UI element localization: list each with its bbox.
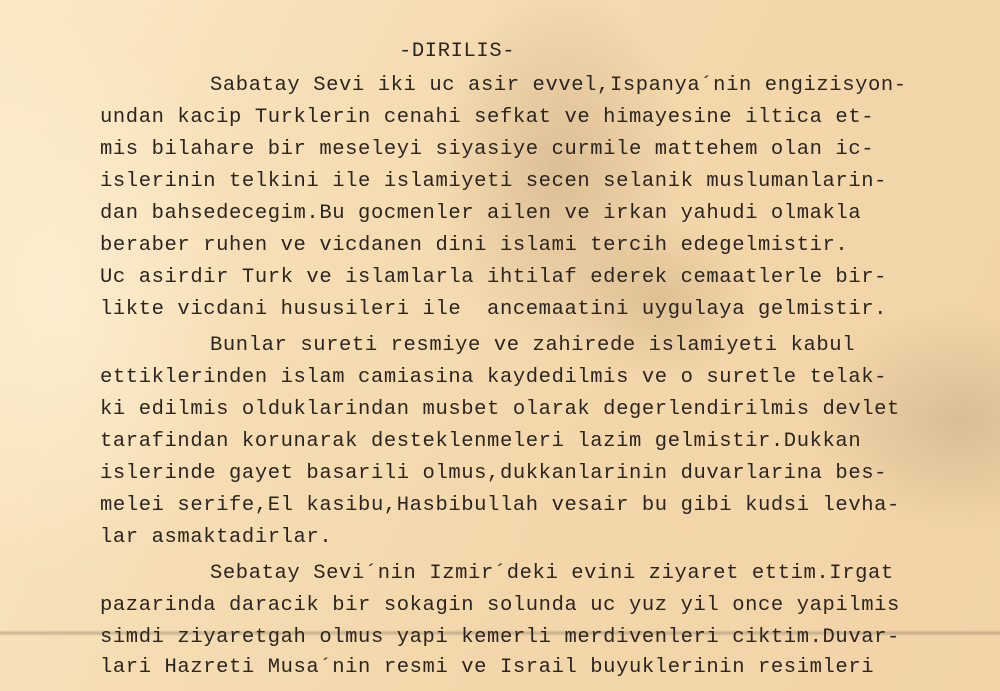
text-line: ettiklerinden islam camiasina kaydedilmi… bbox=[100, 366, 887, 389]
text-line: undan kacip Turklerin cenahi sefkat ve h… bbox=[100, 106, 874, 129]
text-line: beraber ruhen ve vicdanen dini islami te… bbox=[100, 234, 848, 257]
text-line: melei serife,El kasibu,Hasbibullah vesai… bbox=[100, 494, 900, 517]
text-line: dan bahsedecegim.Bu gocmenler ailen ve i… bbox=[100, 202, 861, 225]
text-line: simdi ziyaretgah olmus yapi kemerli merd… bbox=[100, 626, 900, 649]
text-line: Sebatay Sevi´nin Izmir´deki evini ziyare… bbox=[210, 562, 894, 585]
text-line: Sabatay Sevi iki uc asir evvel,Ispanya´n… bbox=[210, 74, 907, 97]
text-line: lari Hazreti Musa´nin resmi ve Israil bu… bbox=[100, 656, 874, 679]
text-line: lar asmaktadirlar. bbox=[100, 526, 332, 549]
text-line: islerinde gayet basarili olmus,dukkanlar… bbox=[100, 462, 887, 485]
text-line: islerinin telkini ile islamiyeti secen s… bbox=[100, 170, 887, 193]
text-line: ki edilmis olduklarindan musbet olarak d… bbox=[100, 398, 900, 421]
text-line: likte vicdani hususileri ile ancemaatini… bbox=[100, 298, 887, 321]
text-line: pazarinda daracik bir sokagin solunda uc… bbox=[100, 594, 900, 617]
typewritten-document: -DIRILIS- Sabatay Sevi iki uc asir evvel… bbox=[0, 0, 1000, 691]
text-line: mis bilahare bir meseleyi siyasiye curmi… bbox=[100, 138, 874, 161]
text-line: Uc asirdir Turk ve islamlarla ihtilaf ed… bbox=[100, 266, 887, 289]
text-line: Bunlar sureti resmiye ve zahirede islami… bbox=[210, 334, 855, 357]
document-title: -DIRILIS- bbox=[399, 40, 515, 63]
text-line: tarafindan korunarak desteklenmeleri laz… bbox=[100, 430, 861, 453]
